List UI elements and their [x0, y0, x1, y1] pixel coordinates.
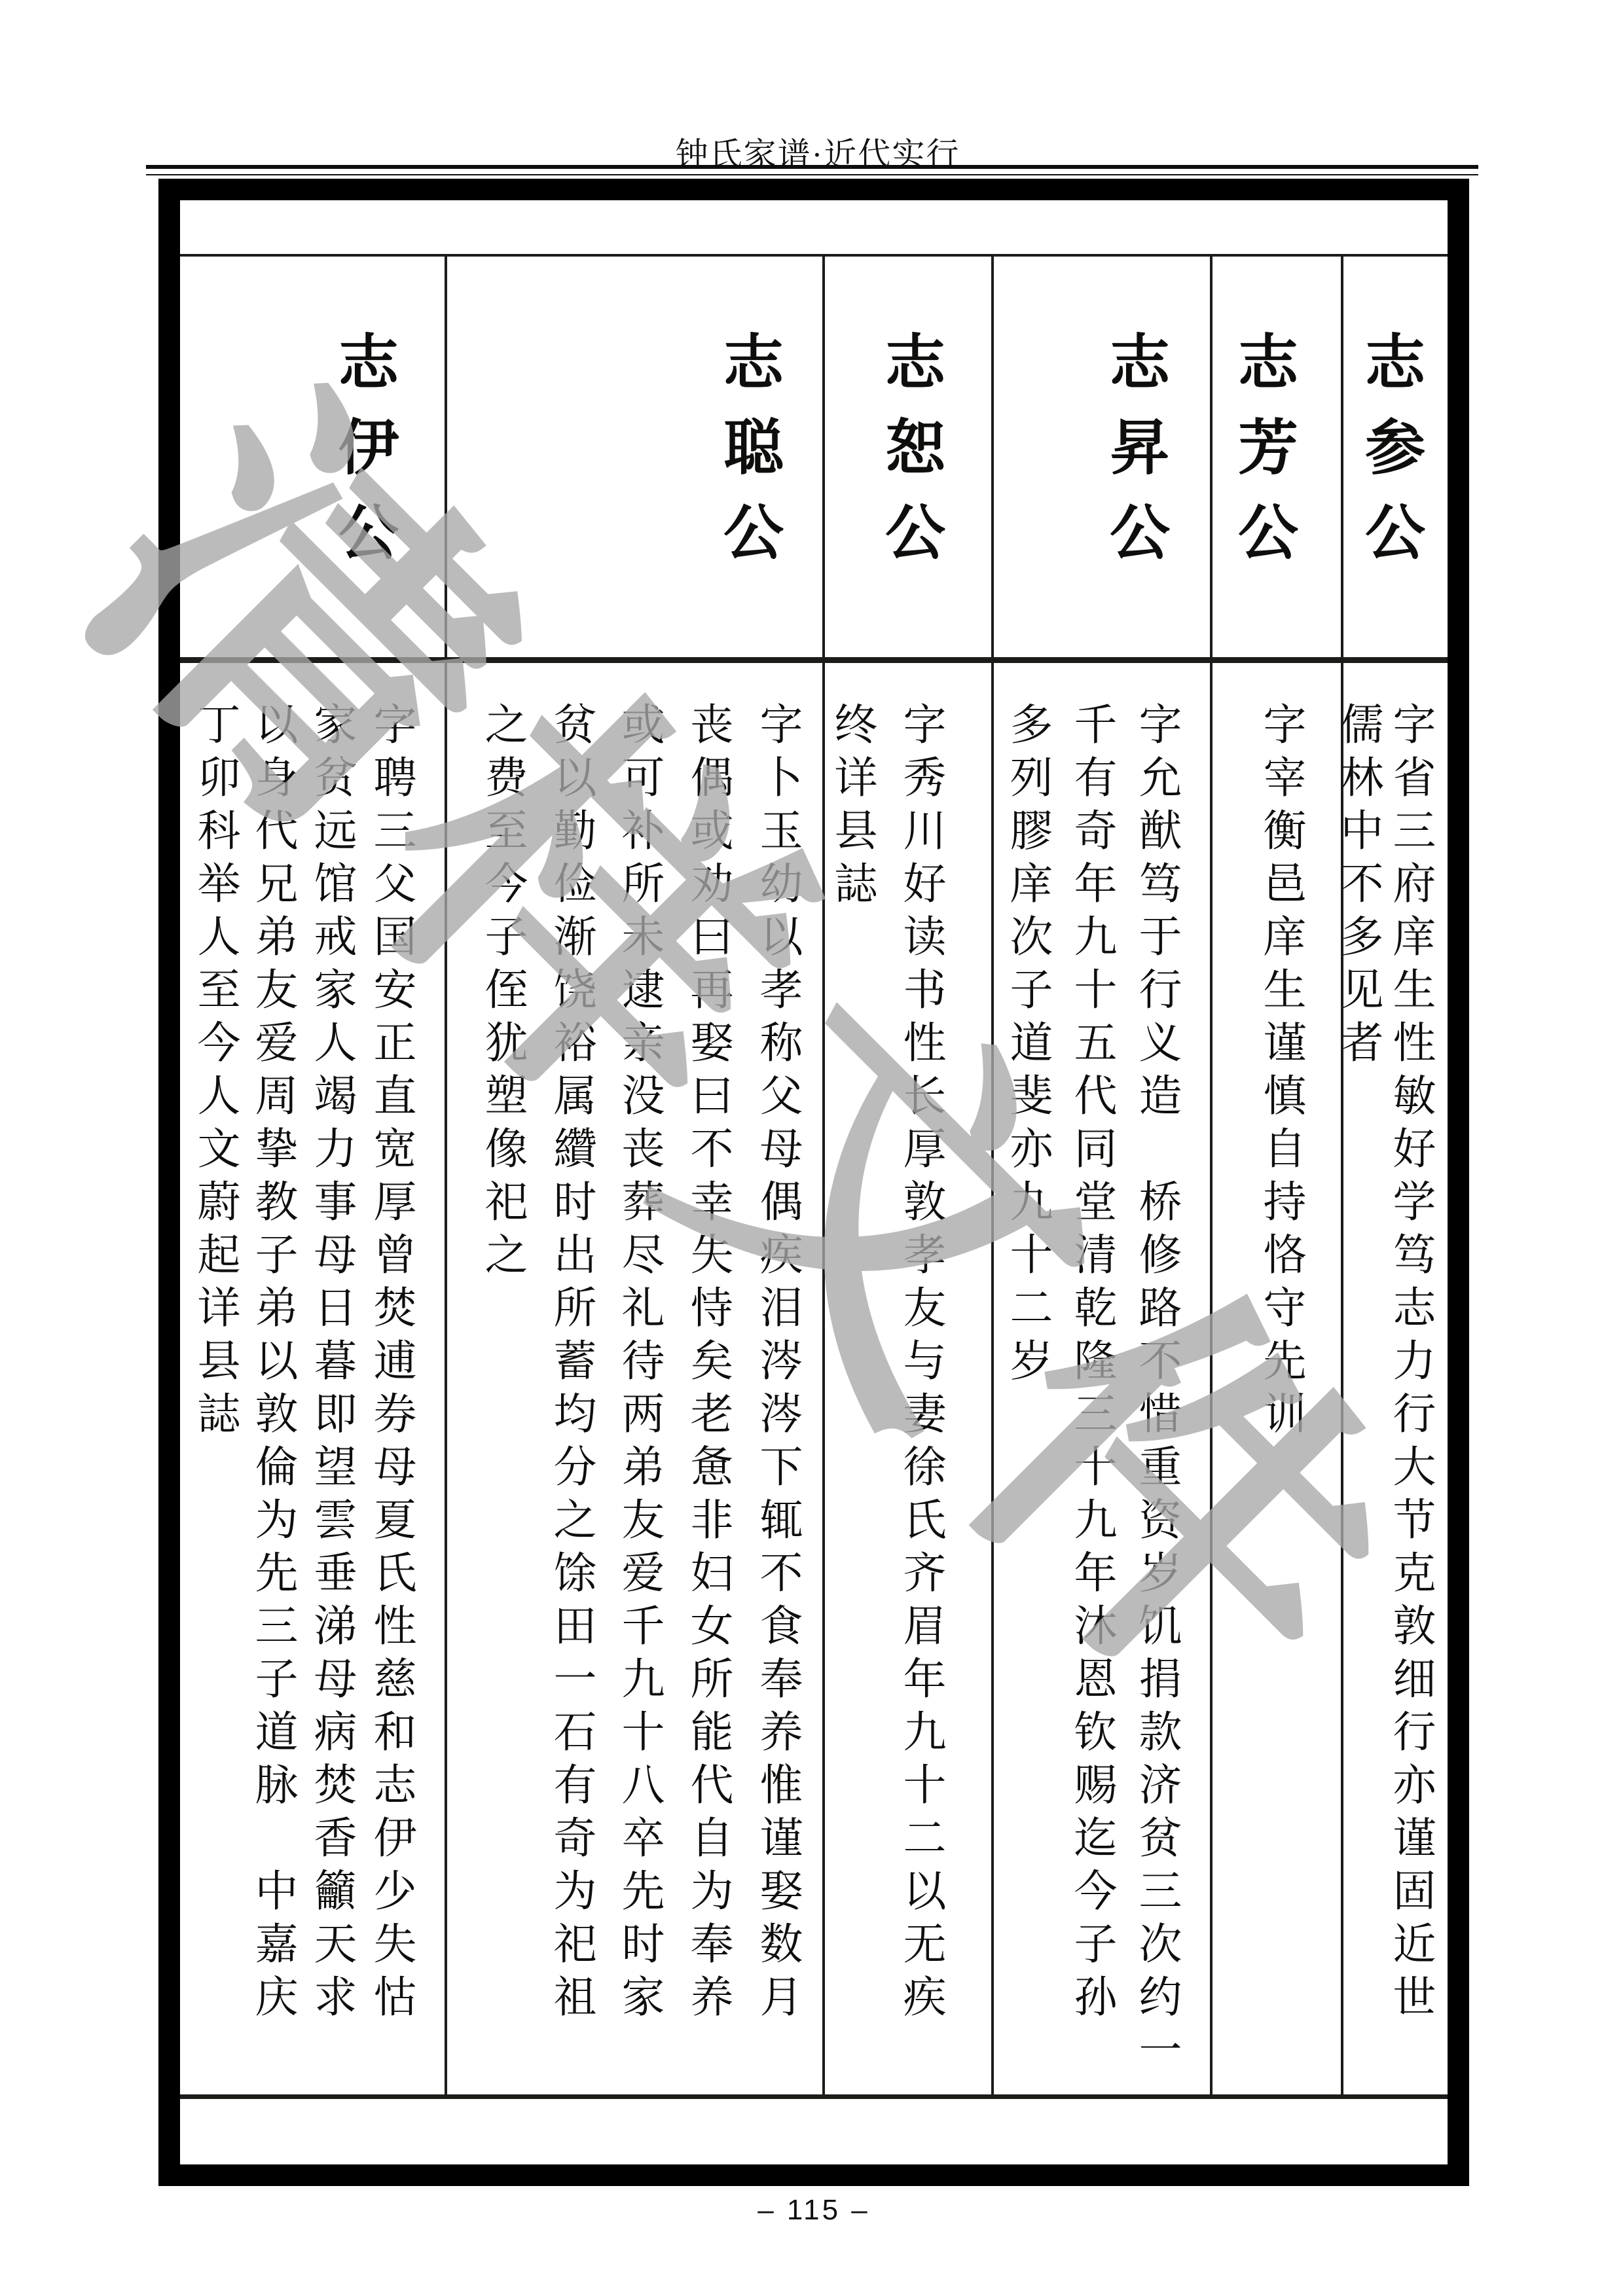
column-name-zhishu: 志恕公 — [880, 331, 940, 586]
grid-name-body-separator — [180, 657, 1448, 663]
biography-text-line: 终详县誌 — [830, 702, 873, 914]
column-name-zhiyi: 志伊公 — [333, 331, 393, 586]
biography-text-line: 之费至今子侄犹塑像祀之 — [480, 702, 523, 1285]
biography-text-line: 字聘三父国安正直宽厚曾焚逋券母夏氏性慈和志伊少失怙 — [369, 702, 412, 2027]
grid-vertical-divider — [991, 254, 994, 2099]
page-number: – 115 – — [757, 2194, 870, 2227]
genealogy-page: 钟氏家谱·近代实行 志参公 志芳公 志昇公 志恕公 志聪公 志伊公 字省三府庠生… — [0, 0, 1623, 2296]
grid-vertical-divider — [445, 254, 447, 2099]
biography-text-line: 字允猷笃于行义造 桥修路不惜重资岁饥捐款济贫三次约一 — [1134, 702, 1177, 2080]
column-name-zhisheng: 志昇公 — [1104, 331, 1165, 586]
biography-text-line: 字卜玉幼以孝称父母偶疾泪涔涔下辄不食奉养惟谨娶数月 — [755, 702, 798, 2027]
grid-vertical-divider — [1341, 254, 1343, 2099]
biography-text-line: 贫以勤俭渐饶裕属纘时出所蓄均分之馀田一石有奇为祀祖 — [549, 702, 592, 2027]
column-name-zhicong: 志聪公 — [718, 331, 778, 586]
column-name-zhifang: 志芳公 — [1233, 331, 1293, 586]
biography-text-line: 丁卯科举人至今人文蔚起详县誌 — [192, 702, 236, 1444]
biography-text-line: 以身代兄弟友爱周挚教子弟以敦倫为先三子道脉 中嘉庆 — [250, 702, 293, 2027]
biography-text-line: 多列膠庠次子道斐亦九十二岁 — [1005, 702, 1048, 1391]
biography-text-line: 丧偶或劝曰再娶曰不幸失恃矣老惫非妇女所能代自为奉养 — [685, 702, 729, 2027]
grid-bottom-line — [180, 2094, 1448, 2099]
biography-text-line: 或可补所未逮亲没丧葬尽礼待两弟友爱千九十八卒先时家 — [617, 702, 660, 2027]
biography-text-line: 家贫远馆戒家人竭力事母日暮即望雲垂涕母病焚香籲天求 — [309, 702, 352, 2027]
header-rule-thick — [146, 165, 1478, 169]
grid-vertical-divider — [1210, 254, 1213, 2099]
grid-top-line — [180, 254, 1448, 257]
biography-text-line: 字省三府庠生性敏好学笃志力行大节克敦细行亦谨固近世 — [1388, 702, 1431, 2027]
header-rule-thin — [146, 174, 1478, 175]
grid-vertical-divider — [822, 254, 825, 2099]
biography-text-line: 儒林中不多见者 — [1336, 702, 1379, 1073]
column-name-zhican: 志参公 — [1360, 331, 1420, 586]
biography-text-line: 字宰衡邑庠生谨慎自持恪守先训 — [1258, 702, 1302, 1444]
biography-text-line: 字秀川好读书性长厚敦孝友与妻徐氏齐眉年九十二以无疾 — [898, 702, 941, 2027]
biography-text-line: 千有奇年九十五代同堂清乾隆三十九年沐恩钦赐迄今子孙 — [1069, 702, 1112, 2027]
